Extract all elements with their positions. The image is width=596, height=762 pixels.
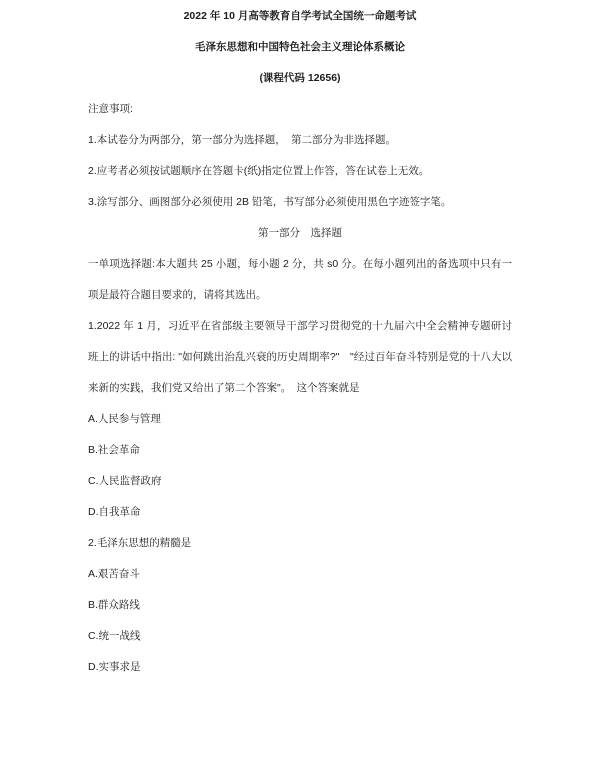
question-2-option-c: C.统一战线 — [88, 621, 512, 652]
question-2-stem: 2.毛泽东思想的精髓是 — [88, 528, 512, 559]
course-title: 毛泽东思想和中国特色社会主义理论体系概论 — [88, 32, 512, 63]
question-1-option-c: C.人民监督政府 — [88, 466, 512, 497]
section-heading: 第一部分 选择题 — [88, 218, 512, 249]
section-instructions: 一单项选择题:本大题共 25 小题，每小题 2 分，共 s0 分。在每小题列出的… — [88, 249, 512, 311]
question-2-option-a: A.艰苦奋斗 — [88, 559, 512, 590]
question-2-option-b: B.群众路线 — [88, 590, 512, 621]
notice-item-2: 2.应考者必须按试题顺序在答题卡(纸)指定位置上作答，答在试卷上无效。 — [88, 156, 512, 187]
exam-paper-document: 2022 年 10 月高等教育自学考试全国统一命题考试 毛泽东思想和中国特色社会… — [0, 0, 596, 762]
question-2-option-d: D.实事求是 — [88, 652, 512, 683]
notice-item-1: 1.本试卷分为两部分，第一部分为选择题， 第二部分为非选择题。 — [88, 125, 512, 156]
question-1-option-b: B.社会革命 — [88, 435, 512, 466]
notice-heading: 注意事项: — [88, 94, 512, 125]
course-code: (课程代码 12656) — [88, 63, 512, 94]
question-1-option-d: D.自我革命 — [88, 497, 512, 528]
question-1-option-a: A.人民参与管理 — [88, 404, 512, 435]
question-1-stem: 1.2022 年 1 月，习近平在省部级主要领导干部学习贯彻党的十九届六中全会精… — [88, 311, 512, 404]
exam-title: 2022 年 10 月高等教育自学考试全国统一命题考试 — [88, 1, 512, 32]
notice-item-3: 3.涂写部分、画图部分必须使用 2B 铅笔，书写部分必须使用黑色字迹签字笔。 — [88, 187, 512, 218]
